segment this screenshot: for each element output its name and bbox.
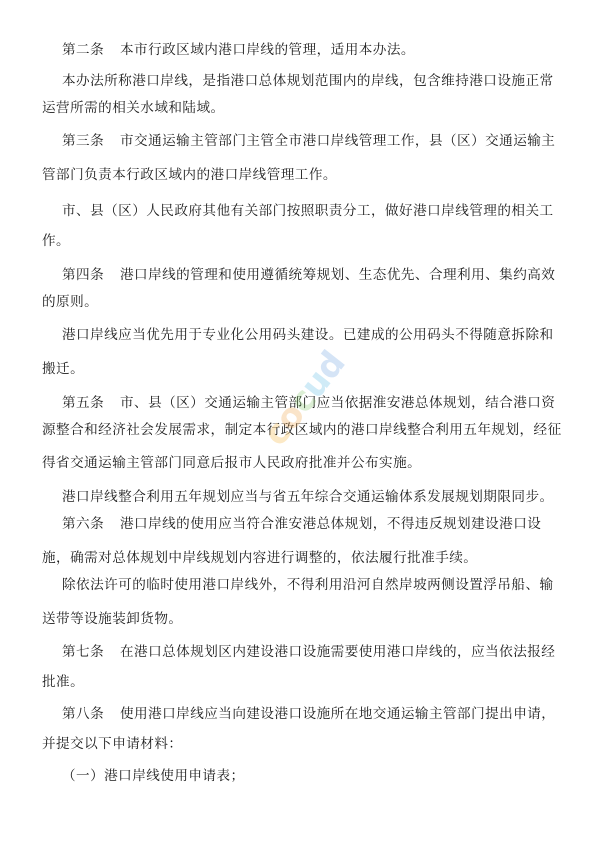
text-line: 得省交通运输主管部门同意后报市人民政府批准并公布实施。	[42, 455, 421, 471]
text-line: 除依法许可的临时使用港口岸线外，不得利用沿河自然岸坡两侧设置浮吊船、输	[62, 577, 554, 593]
line-text: 在港口总体规划区内建设港口设施需要使用港口岸线的，应当依法报经	[120, 644, 555, 660]
article-number: 第三条	[62, 133, 120, 149]
line-text: 作。	[42, 233, 70, 249]
text-line: 本办法所称港口岸线，是指港口总体规划范围内的岸线，包含维持港口设施正常	[62, 73, 554, 89]
article-line: 第五条市、县（区）交通运输主管部门应当依据淮安港总体规划，结合港口资	[62, 395, 555, 411]
line-text: 得省交通运输主管部门同意后报市人民政府批准并公布实施。	[42, 455, 421, 471]
article-number: 第八条	[62, 706, 120, 722]
text-line: 源整合和经济社会发展需求，制定本行政区域内的港口岸线整合利用五年规划，经征	[42, 422, 562, 438]
article-number: 第五条	[62, 395, 120, 411]
article-number: 第六条	[62, 516, 120, 532]
text-line: 施，确需对总体规划中岸线规划内容进行调整的，依法履行批准手续。	[42, 550, 477, 566]
article-line: 第三条市交通运输主管部门主管全市港口岸线管理工作，县（区）交通运输主	[62, 133, 555, 149]
article-number: 第四条	[62, 267, 120, 283]
line-text: 施，确需对总体规划中岸线规划内容进行调整的，依法履行批准手续。	[42, 550, 477, 566]
article-line: 第四条港口岸线的管理和使用遵循统筹规划、生态优先、合理利用、集约高效	[62, 267, 555, 283]
text-line: 港口岸线整合利用五年规划应当与省五年综合交通运输体系发展规划期限同步。	[62, 489, 554, 505]
text-line: 市、县（区）人民政府其他有关部门按照职责分工，做好港口岸线管理的相关工	[62, 203, 554, 219]
line-text: 市交通运输主管部门主管全市港口岸线管理工作，县（区）交通运输主	[120, 133, 555, 149]
article-line: 第八条使用港口岸线应当向建设港口设施所在地交通运输主管部门提出申请，	[62, 706, 555, 722]
line-text: 市、县（区）交通运输主管部门应当依据淮安港总体规划，结合港口资	[120, 395, 555, 411]
text-line: （一）港口岸线使用申请表；	[62, 768, 245, 784]
text-line: 并提交以下申请材料：	[42, 736, 182, 752]
line-text: 本办法所称港口岸线，是指港口总体规划范围内的岸线，包含维持港口设施正常	[62, 73, 554, 89]
article-line: 第七条在港口总体规划区内建设港口设施需要使用港口岸线的，应当依法报经	[62, 644, 555, 660]
line-text: 本市行政区域内港口岸线的管理，适用本办法。	[120, 42, 415, 58]
line-text: 港口岸线整合利用五年规划应当与省五年综合交通运输体系发展规划期限同步。	[62, 489, 554, 505]
text-line: 搬迁。	[42, 361, 84, 377]
line-text: 搬迁。	[42, 361, 84, 377]
text-line: 港口岸线应当优先用于专业化公用码头建设。已建成的公用码头不得随意拆除和	[62, 327, 554, 343]
line-text: 并提交以下申请材料：	[42, 736, 182, 752]
article-number: 第二条	[62, 42, 120, 58]
text-line: 批准。	[42, 674, 84, 690]
line-text: 的原则。	[42, 294, 98, 310]
article-line: 第二条本市行政区域内港口岸线的管理，适用本办法。	[62, 42, 415, 58]
line-text: 港口岸线应当优先用于专业化公用码头建设。已建成的公用码头不得随意拆除和	[62, 327, 554, 343]
text-line: 管部门负责本行政区域内的港口岸线管理工作。	[42, 167, 337, 183]
text-line: 送带等设施装卸货物。	[42, 611, 182, 627]
line-text: （一）港口岸线使用申请表；	[62, 768, 245, 784]
line-text: 使用港口岸线应当向建设港口设施所在地交通运输主管部门提出申请，	[120, 706, 555, 722]
text-line: 的原则。	[42, 294, 98, 310]
line-text: 送带等设施装卸货物。	[42, 611, 182, 627]
line-text: 港口岸线的使用应当符合淮安港总体规划，不得违反规划建设港口设	[120, 516, 541, 532]
line-text: 批准。	[42, 674, 84, 690]
article-line: 第六条港口岸线的使用应当符合淮安港总体规划，不得违反规划建设港口设	[62, 516, 541, 532]
line-text: 除依法许可的临时使用港口岸线外，不得利用沿河自然岸坡两侧设置浮吊船、输	[62, 577, 554, 593]
line-text: 源整合和经济社会发展需求，制定本行政区域内的港口岸线整合利用五年规划，经征	[42, 422, 562, 438]
article-number: 第七条	[62, 644, 120, 660]
line-text: 管部门负责本行政区域内的港口岸线管理工作。	[42, 167, 337, 183]
line-text: 市、县（区）人民政府其他有关部门按照职责分工，做好港口岸线管理的相关工	[62, 203, 554, 219]
document-page: 第二条本市行政区域内港口岸线的管理，适用本办法。本办法所称港口岸线，是指港口总体…	[0, 0, 595, 841]
text-line: 运营所需的相关水域和陆域。	[42, 100, 225, 116]
line-text: 运营所需的相关水域和陆域。	[42, 100, 225, 116]
line-text: 港口岸线的管理和使用遵循统筹规划、生态优先、合理利用、集约高效	[120, 267, 555, 283]
text-line: 作。	[42, 233, 70, 249]
